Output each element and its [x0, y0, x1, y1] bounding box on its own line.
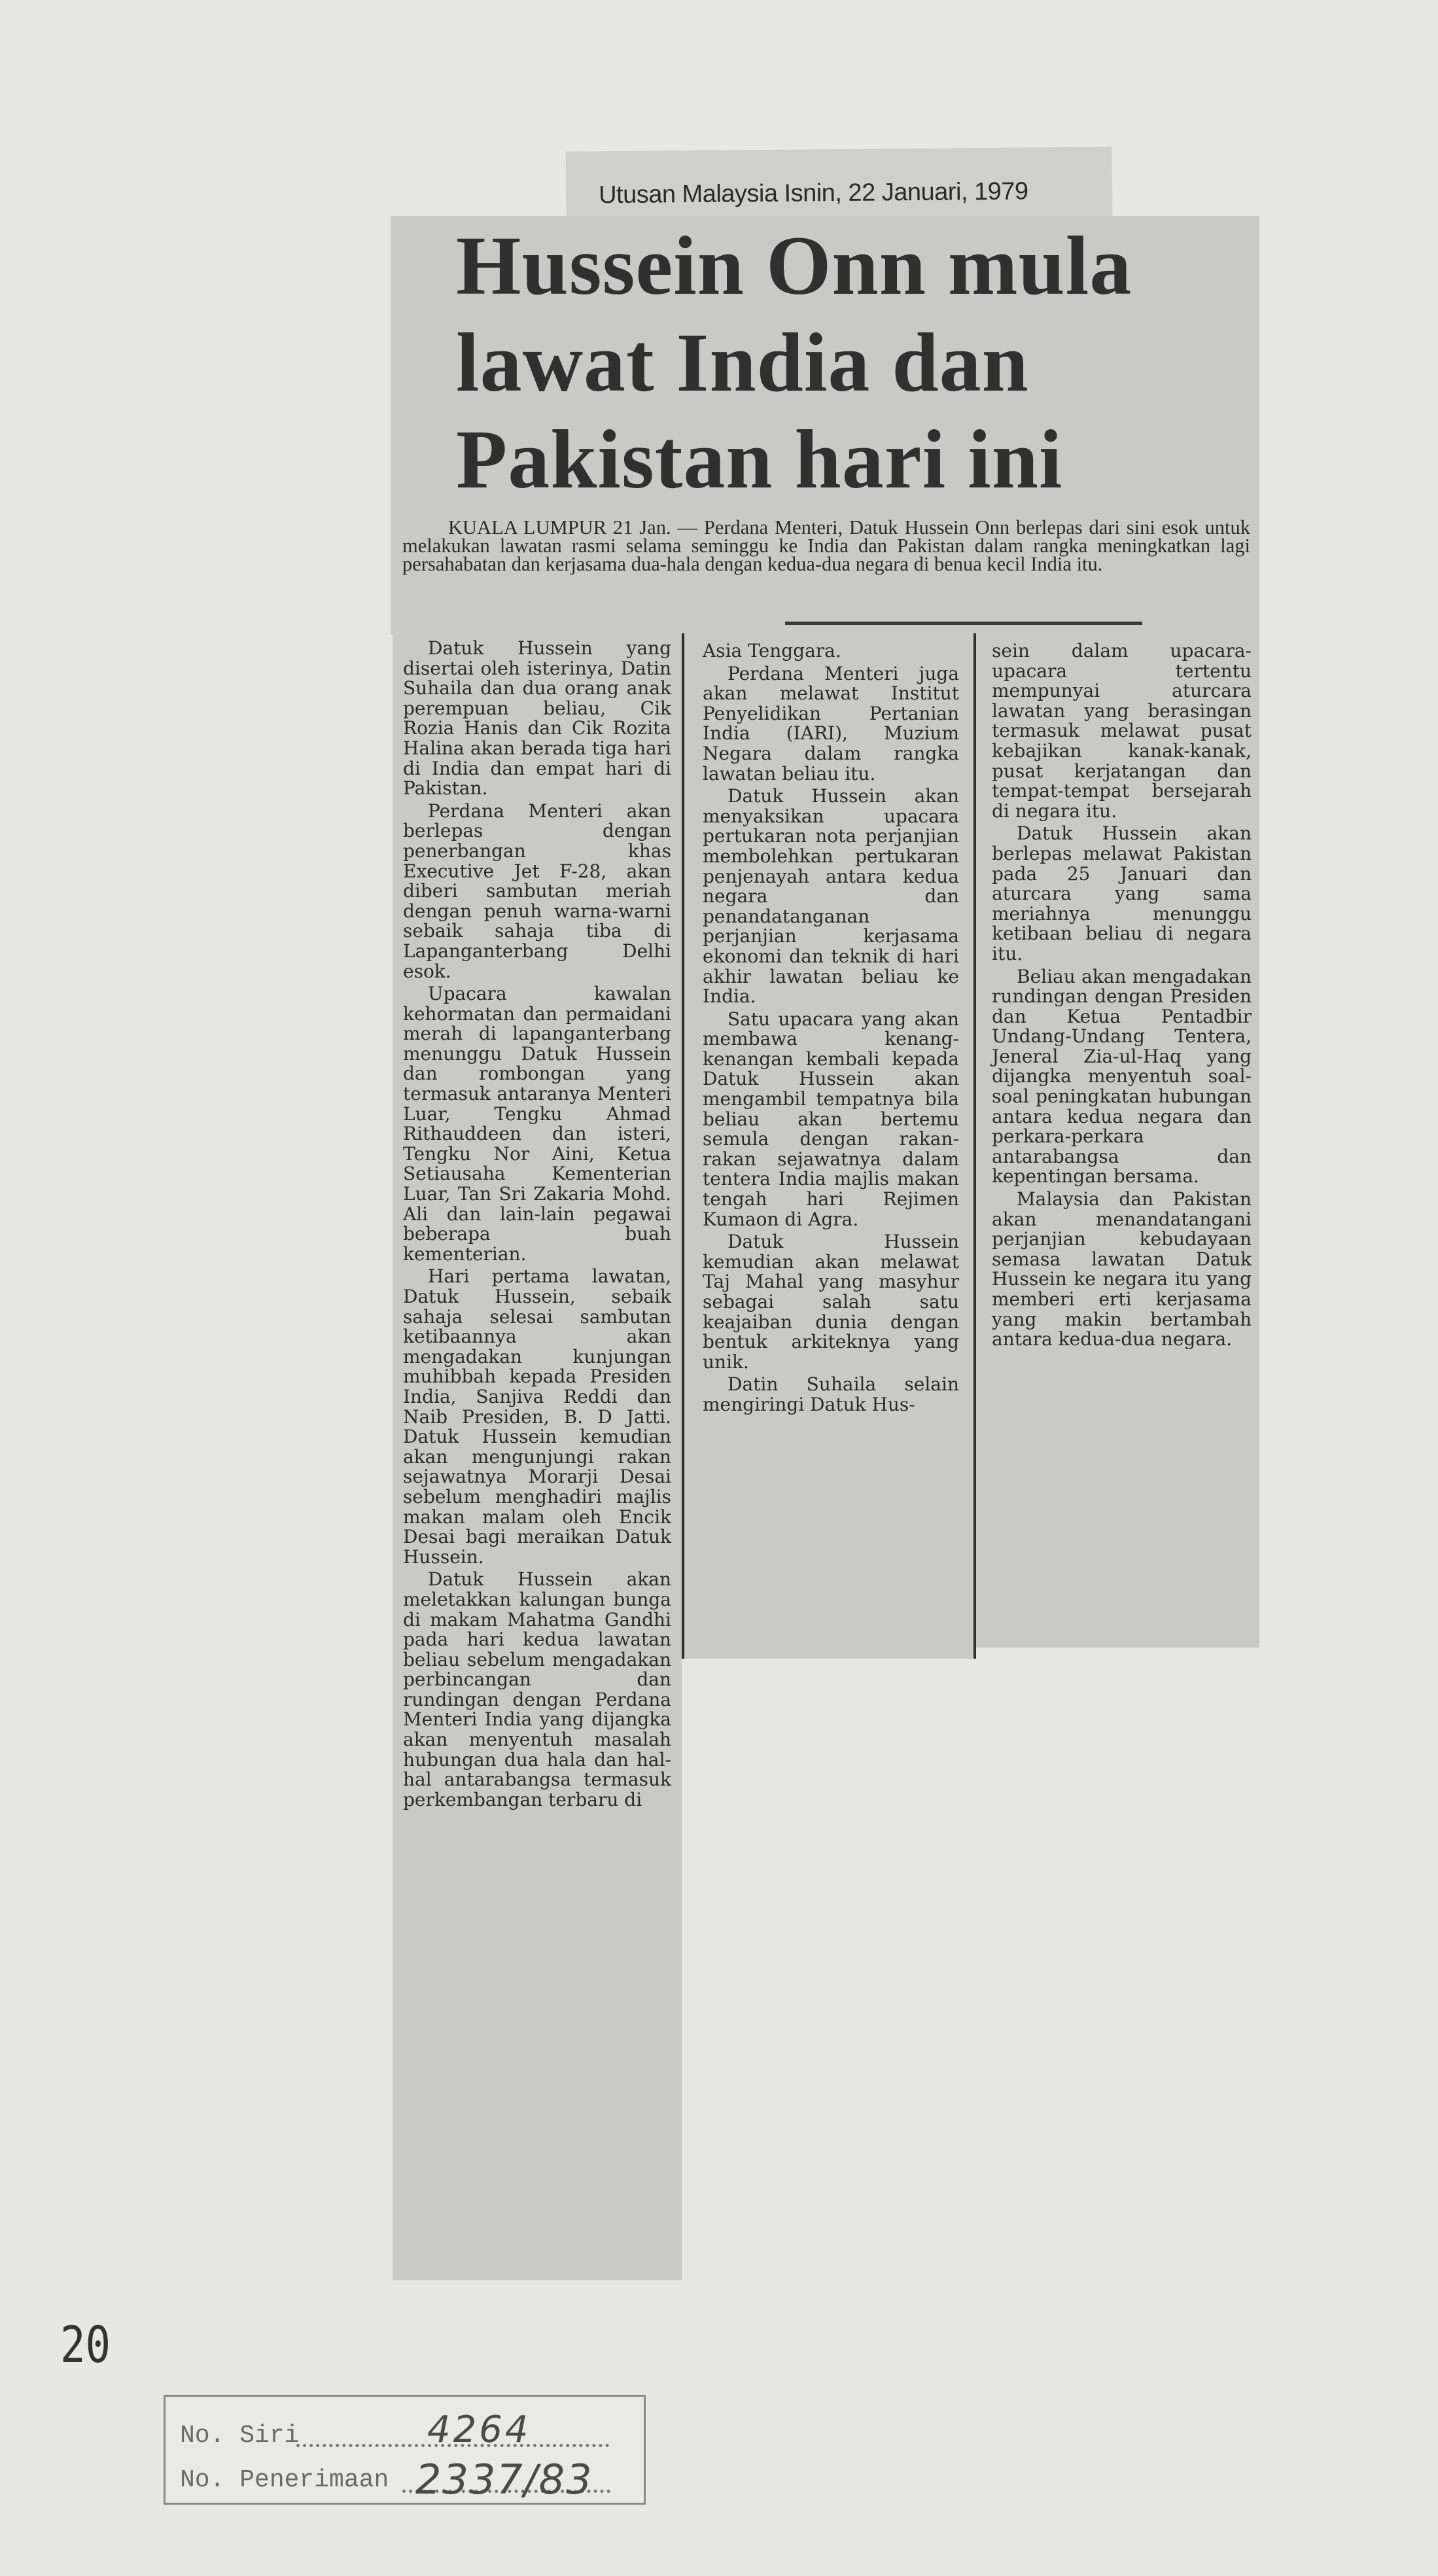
- lead-paragraph: KUALA LUMPUR 21 Jan. — Perdana Menteri, …: [402, 518, 1250, 573]
- paragraph: Asia Tenggara.: [703, 641, 959, 662]
- page-number: 20: [60, 2317, 111, 2375]
- paragraph: Datuk Hussein yang disertai oleh isterin…: [403, 639, 671, 799]
- headline-line: Pakistan hari ini: [456, 411, 1241, 508]
- paragraph: Datuk Hussein akan menyaksikan upacara p…: [703, 786, 959, 1007]
- article-column-3: sein dalam upacara-upacara tertentu memp…: [976, 633, 1259, 1648]
- penerimaan-value: 2337/83: [415, 2456, 593, 2503]
- archive-stamp-box: No. Siri 4264 No. Penerimaan 2337/83: [164, 2395, 646, 2505]
- lead-divider-rule: [785, 622, 1142, 625]
- paragraph: Perdana Menteri juga akan melawat Instit…: [703, 664, 959, 785]
- siri-value: 4264: [427, 2408, 531, 2451]
- headline-line: Hussein Onn mula: [456, 217, 1241, 314]
- penerimaan-label: No. Penerimaan: [180, 2466, 389, 2494]
- paragraph: Datuk Hussein kemudian akan melawat Taj …: [703, 1232, 959, 1372]
- headline-line: lawat India dan: [456, 314, 1241, 411]
- paragraph: sein dalam upacara-upacara tertentu memp…: [992, 641, 1252, 821]
- siri-label: No. Siri: [180, 2422, 299, 2450]
- paragraph: Datuk Hussein akan berlepas melawat Paki…: [992, 824, 1252, 964]
- paragraph: Hari pertama lawatan, Datuk Hussein, seb…: [403, 1267, 671, 1567]
- headline-block: Hussein Onn mula lawat India dan Pakista…: [391, 216, 1259, 635]
- article-column-1: Datuk Hussein yang disertai oleh isterin…: [393, 633, 682, 2280]
- paragraph: Perdana Menteri akan berlepas dengan pen…: [403, 802, 671, 981]
- paragraph: Datuk Hussein akan meletakkan kalungan b…: [403, 1570, 671, 1810]
- source-line: Utusan Malaysia Isnin, 22 Januari, 1979: [599, 177, 1028, 209]
- headline: Hussein Onn mula lawat India dan Pakista…: [456, 217, 1241, 508]
- article-column-2: Asia Tenggara. Perdana Menteri juga akan…: [682, 633, 976, 1659]
- newspaper-source-strip: Utusan Malaysia Isnin, 22 Januari, 1979: [566, 147, 1113, 222]
- paragraph: Upacara kawalan kehormatan dan permaidan…: [403, 984, 671, 1264]
- paragraph: Malaysia dan Pakistan akan menandatangan…: [992, 1190, 1252, 1350]
- paragraph: Satu upacara yang akan membawa kenang-ke…: [703, 1010, 959, 1230]
- paragraph: Datin Suhaila selain mengiringi Datuk Hu…: [703, 1375, 959, 1415]
- paragraph: Beliau akan mengadakan rundingan dengan …: [992, 967, 1252, 1188]
